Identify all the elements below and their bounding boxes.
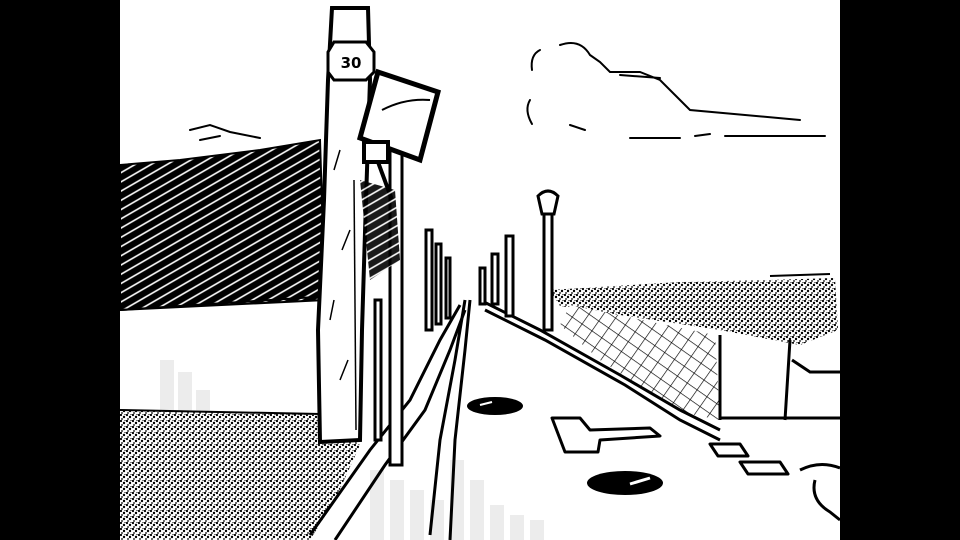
- hatched-hill: [120, 140, 325, 310]
- speed-limit-sign: 30: [328, 42, 374, 80]
- clouds: [190, 43, 825, 140]
- svg-text:30: 30: [341, 54, 362, 72]
- street-lamps: [375, 140, 558, 465]
- letterbox-frame: 30: [0, 0, 960, 540]
- road-markings: [552, 418, 840, 520]
- sketch-canvas: 30: [120, 0, 840, 540]
- sketch-drawing: 30: [120, 0, 840, 540]
